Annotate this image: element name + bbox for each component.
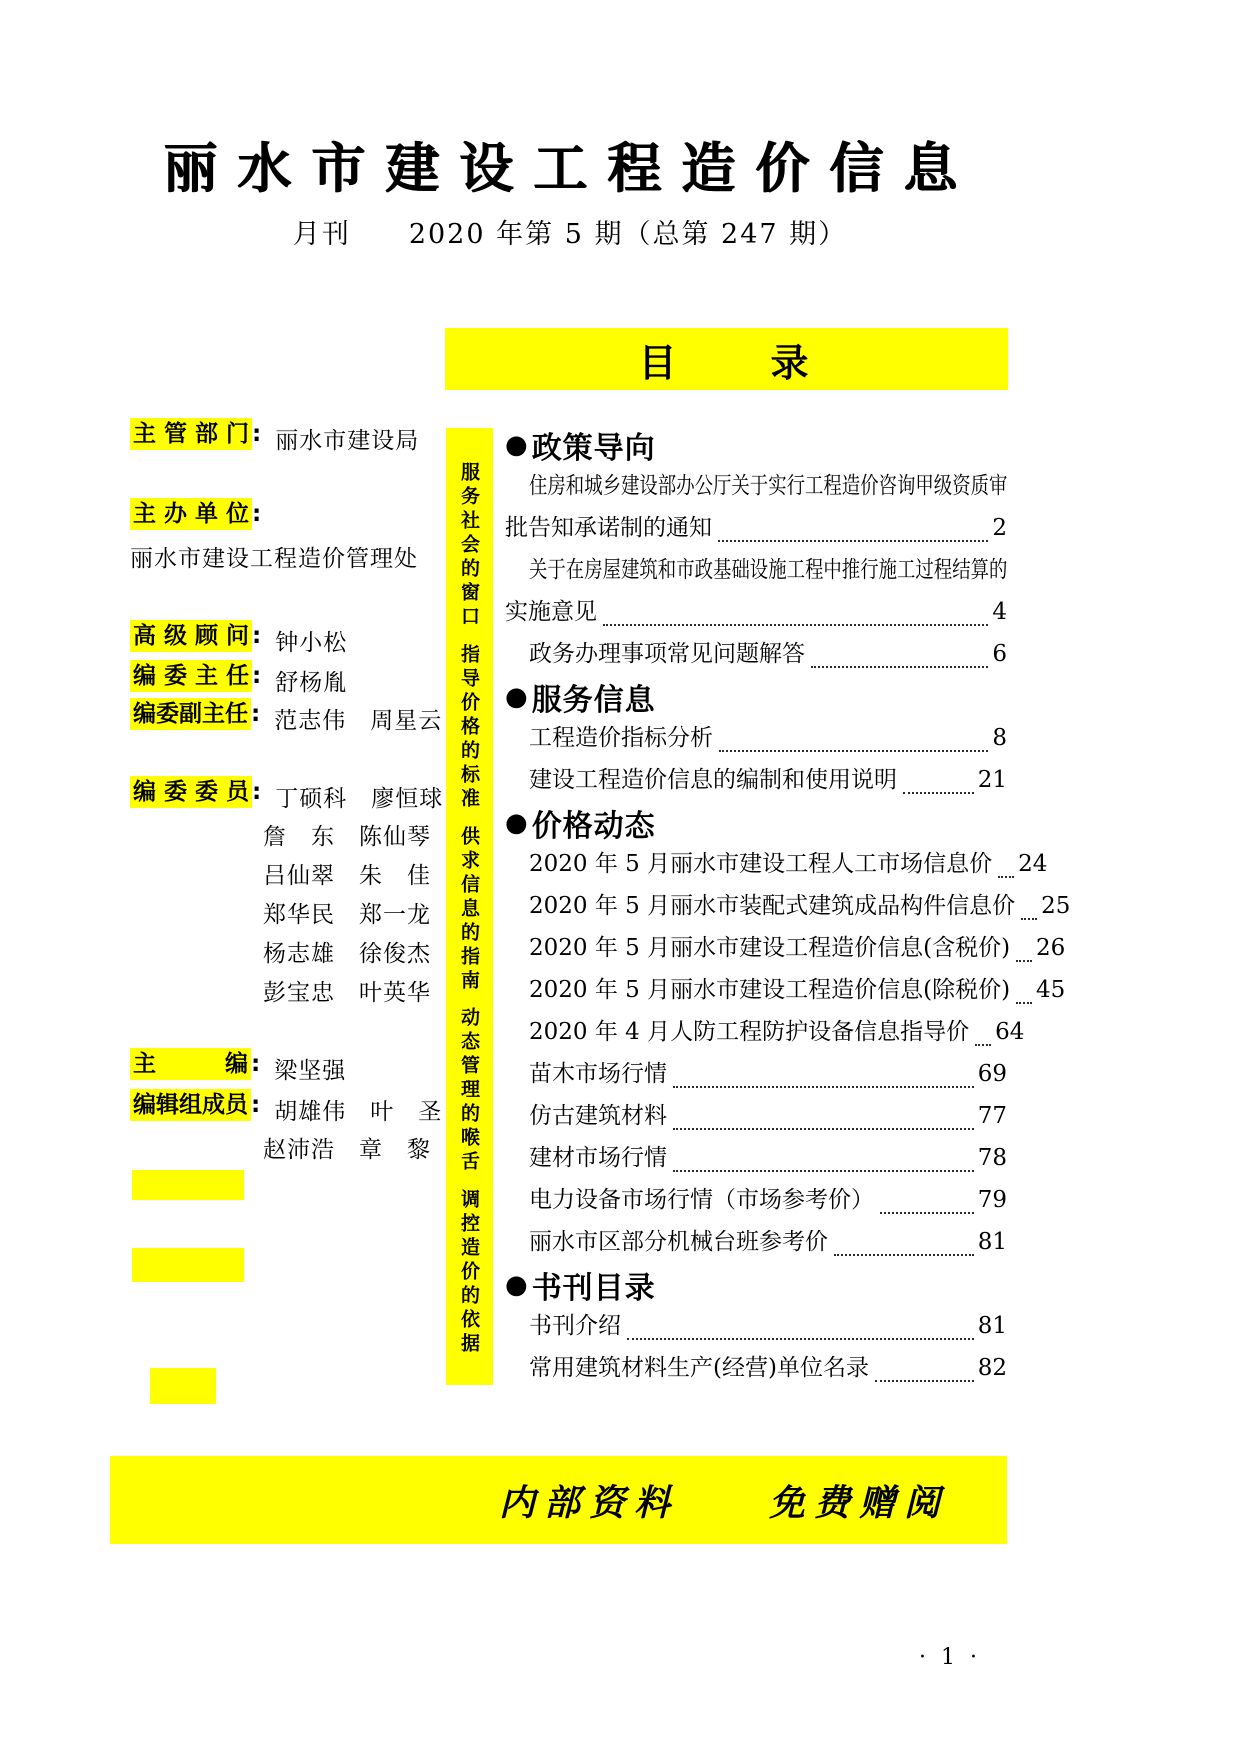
bullet-icon: ● — [505, 682, 529, 712]
toc-entry-page: 24 — [1018, 844, 1047, 884]
editor-label: 主 编 — [130, 1048, 251, 1080]
leader-dots — [1016, 960, 1032, 962]
toc-entry-text: 建设工程造价信息的编制和使用说明 — [505, 760, 897, 800]
journal-cover-page: 丽水市建设工程造价信息 月刊 2020 年第 5 期（总第 247 期） 目 录… — [0, 0, 1240, 1753]
label-colon: : — [252, 620, 261, 652]
leader-dots — [903, 792, 974, 794]
toc-entry: 书刊介绍 81 — [505, 1306, 1007, 1348]
toc-entry: 政务办理事项常见问题解答 6 — [505, 634, 1007, 676]
toc-entry-page: 21 — [978, 760, 1007, 800]
masthead-row-group: 编辑组成员: 胡雄伟 叶 圣 — [130, 1089, 470, 1126]
bullet-icon: ● — [505, 808, 529, 838]
members-names-5: 彭宝忠 叶英华 — [263, 974, 431, 1007]
issue-subtitle: 月刊 2020 年第 5 期（总第 247 期） — [0, 212, 1140, 251]
chief-label: 编 委 主 任 — [130, 660, 252, 692]
toc-entry: 实施意见 4 — [505, 592, 1007, 634]
toc-entry: 批告知承诺制的通知 2 — [505, 508, 1007, 550]
toc-entry-text: 2020 年 5 月丽水市建设工程造价信息(含税价) — [505, 928, 1010, 968]
toc-section-policy: ●政策导向 — [505, 424, 1007, 466]
members-names-2: 吕仙翠 朱 佳 — [263, 857, 431, 890]
toc-entry-page: 77 — [978, 1096, 1007, 1136]
advisor-value: 钟小松 — [275, 620, 347, 657]
toc-entry-text: 关于在房屋建筑和市政基础设施工程中推行施工过程结算的 — [529, 550, 1007, 590]
toc-entry-page: 82 — [978, 1348, 1007, 1388]
toc-entry: 2020 年 5 月丽水市建设工程造价信息(含税价) 26 — [505, 928, 1007, 970]
table-of-contents: ●政策导向 住房和城乡建设部办公厅关于实行工程造价咨询甲级资质审 批告知承诺制的… — [505, 424, 1007, 1390]
toc-entry: 丽水市区部分机械台班参考价 81 — [505, 1222, 1007, 1264]
toc-entry-page: 81 — [978, 1222, 1007, 1262]
leader-dots — [673, 1170, 974, 1172]
toc-section-title: 价格动态 — [532, 801, 656, 845]
slogan-5: 调控造价的依据 — [456, 1189, 483, 1357]
toc-entry-page: 69 — [978, 1054, 1007, 1094]
toc-entry-text: 书刊介绍 — [505, 1306, 621, 1346]
leader-dots — [975, 1044, 991, 1046]
chief-value: 舒杨胤 — [275, 660, 347, 697]
toc-entry: 苗木市场行情 69 — [505, 1054, 1007, 1096]
toc-entry-text: 政务办理事项常见问题解答 — [505, 634, 805, 674]
org-label: 主 办 单 位 — [130, 498, 252, 530]
toc-entry-page: 79 — [978, 1180, 1007, 1220]
toc-section-title: 政策导向 — [532, 423, 656, 467]
advisor-label: 高 级 顾 问 — [130, 620, 252, 652]
leader-dots — [627, 1338, 974, 1340]
toc-section-title: 服务信息 — [532, 675, 656, 719]
masthead-row-members: 编 委 委 员: 丁硕科 廖恒球 — [130, 776, 470, 813]
toc-section-title: 书刊目录 — [532, 1263, 656, 1307]
toc-entry: 2020 年 5 月丽水市建设工程人工市场信息价 24 — [505, 844, 1007, 886]
members-names-3: 郑华民 郑一龙 — [263, 896, 431, 929]
toc-entry-page: 81 — [978, 1306, 1007, 1346]
group-names-1: 赵沛浩 章 黎 — [263, 1131, 431, 1164]
org-value: 丽水市建设工程造价管理处 — [130, 540, 418, 573]
leader-dots — [1016, 1002, 1032, 1004]
toc-section-prices: ●价格动态 — [505, 802, 1007, 844]
masthead-row-dept: 主 管 部 门: 丽水市建设局 — [130, 418, 470, 455]
label-colon: : — [251, 698, 260, 730]
label-colon: : — [252, 498, 261, 530]
toc-entry-text: 2020 年 5 月丽水市建设工程造价信息(除税价) — [505, 970, 1010, 1010]
banner-text: 内部资料 免费赠阅 — [499, 1475, 949, 1526]
leader-dots — [1021, 918, 1037, 920]
toc-entry: 建材市场行情 78 — [505, 1138, 1007, 1180]
label-colon: : — [252, 418, 261, 450]
deputy-value: 范志伟 周星云 — [274, 698, 442, 735]
toc-section-books: ●书刊目录 — [505, 1264, 1007, 1306]
members-label: 编 委 委 员 — [130, 776, 252, 808]
group-names-0: 胡雄伟 叶 圣 — [274, 1089, 442, 1126]
leader-dots — [834, 1254, 974, 1256]
toc-entry-page: 25 — [1041, 886, 1070, 926]
dept-label: 主 管 部 门 — [130, 418, 252, 450]
label-colon: : — [252, 776, 261, 808]
editor-value: 梁坚强 — [274, 1048, 346, 1085]
slogan-1: 服务社会的窗口 — [456, 462, 483, 630]
leader-dots — [811, 666, 988, 668]
toc-entry: 2020 年 5 月丽水市装配式建筑成品构件信息价 25 — [505, 886, 1007, 928]
leader-dots — [719, 750, 988, 752]
leader-dots — [673, 1086, 974, 1088]
masthead-row-org: 主 办 单 位: — [130, 498, 470, 530]
yellow-placeholder-block — [132, 1170, 244, 1200]
toc-entry-text: 常用建筑材料生产(经营)单位名录 — [505, 1348, 869, 1388]
toc-heading-bar: 目 录 — [445, 328, 1008, 390]
slogan-strip: 服务社会的窗口 指导价格的标准 供求信息的指南 动态管理的喉舌 调控造价的依据 — [446, 428, 493, 1385]
toc-entry-text: 电力设备市场行情（市场参考价） — [505, 1180, 874, 1220]
toc-entry: 2020 年 4 月人防工程防护设备信息指导价 64 — [505, 1012, 1007, 1054]
toc-section-service: ●服务信息 — [505, 676, 1007, 718]
label-colon: : — [251, 1048, 260, 1080]
toc-entry-text: 苗木市场行情 — [505, 1054, 667, 1094]
masthead-row-chief: 编 委 主 任: 舒杨胤 — [130, 660, 470, 697]
members-names-1: 詹 东 陈仙琴 — [263, 818, 431, 851]
group-label: 编辑组成员 — [130, 1089, 251, 1121]
masthead-row-deputy: 编委副主任: 范志伟 周星云 — [130, 698, 470, 735]
leader-dots — [603, 624, 988, 626]
bullet-icon: ● — [505, 1270, 529, 1300]
toc-entry-text: 批告知承诺制的通知 — [505, 508, 712, 548]
toc-entry: 建设工程造价信息的编制和使用说明 21 — [505, 760, 1007, 802]
leader-dots — [673, 1128, 974, 1130]
toc-entry: 2020 年 5 月丽水市建设工程造价信息(除税价) 45 — [505, 970, 1007, 1012]
toc-heading: 目 录 — [638, 332, 814, 387]
members-names-4: 杨志雄 徐俊杰 — [263, 935, 431, 968]
bullet-icon: ● — [505, 430, 529, 460]
bottom-banner: 内部资料 免费赠阅 — [110, 1456, 1007, 1544]
toc-entry: 关于在房屋建筑和市政基础设施工程中推行施工过程结算的 — [505, 550, 1007, 592]
deputy-label: 编委副主任 — [130, 698, 251, 730]
toc-entry-text: 仿古建筑材料 — [505, 1096, 667, 1136]
leader-dots — [998, 876, 1014, 878]
toc-entry-text: 住房和城乡建设部办公厅关于实行工程造价咨询甲级资质审 — [529, 466, 1007, 506]
toc-entry: 电力设备市场行情（市场参考价） 79 — [505, 1180, 1007, 1222]
toc-entry-page: 4 — [992, 592, 1007, 632]
slogan-3: 供求信息的指南 — [456, 826, 483, 994]
toc-entry-page: 78 — [978, 1138, 1007, 1178]
toc-entry-text: 丽水市区部分机械台班参考价 — [505, 1222, 828, 1262]
dept-value: 丽水市建设局 — [275, 418, 419, 455]
toc-entry-page: 26 — [1036, 928, 1065, 968]
toc-entry-text: 2020 年 5 月丽水市建设工程人工市场信息价 — [505, 844, 992, 884]
toc-entry: 住房和城乡建设部办公厅关于实行工程造价咨询甲级资质审 — [505, 466, 1007, 508]
yellow-placeholder-block — [150, 1368, 216, 1404]
toc-entry: 工程造价指标分析 8 — [505, 718, 1007, 760]
toc-entry: 仿古建筑材料 77 — [505, 1096, 1007, 1138]
toc-entry: 常用建筑材料生产(经营)单位名录 82 — [505, 1348, 1007, 1390]
label-colon: : — [252, 660, 261, 692]
toc-entry-text: 实施意见 — [505, 592, 597, 632]
masthead-row-editor: 主 编: 梁坚强 — [130, 1048, 470, 1085]
toc-entry-page: 6 — [992, 634, 1007, 674]
toc-entry-page: 45 — [1036, 970, 1065, 1010]
members-names-0: 丁硕科 廖恒球 — [275, 776, 443, 813]
toc-entry-text: 2020 年 4 月人防工程防护设备信息指导价 — [505, 1012, 969, 1052]
toc-entry-page: 8 — [992, 718, 1007, 758]
slogan-4: 动态管理的喉舌 — [456, 1007, 483, 1175]
leader-dots — [875, 1380, 974, 1382]
yellow-placeholder-block — [132, 1248, 244, 1282]
toc-entry-page: 2 — [992, 508, 1007, 548]
page-title: 丽水市建设工程造价信息 — [0, 126, 1140, 203]
toc-entry-page: 64 — [995, 1012, 1024, 1052]
toc-entry-text: 工程造价指标分析 — [505, 718, 713, 758]
leader-dots — [718, 540, 988, 542]
masthead-row-advisor: 高 级 顾 问: 钟小松 — [130, 620, 470, 657]
page-number: · 1 · — [890, 1645, 1010, 1670]
label-colon: : — [251, 1089, 260, 1121]
toc-entry-text: 2020 年 5 月丽水市装配式建筑成品构件信息价 — [505, 886, 1015, 926]
slogan-2: 指导价格的标准 — [456, 644, 483, 812]
leader-dots — [880, 1212, 974, 1214]
toc-entry-text: 建材市场行情 — [505, 1138, 667, 1178]
